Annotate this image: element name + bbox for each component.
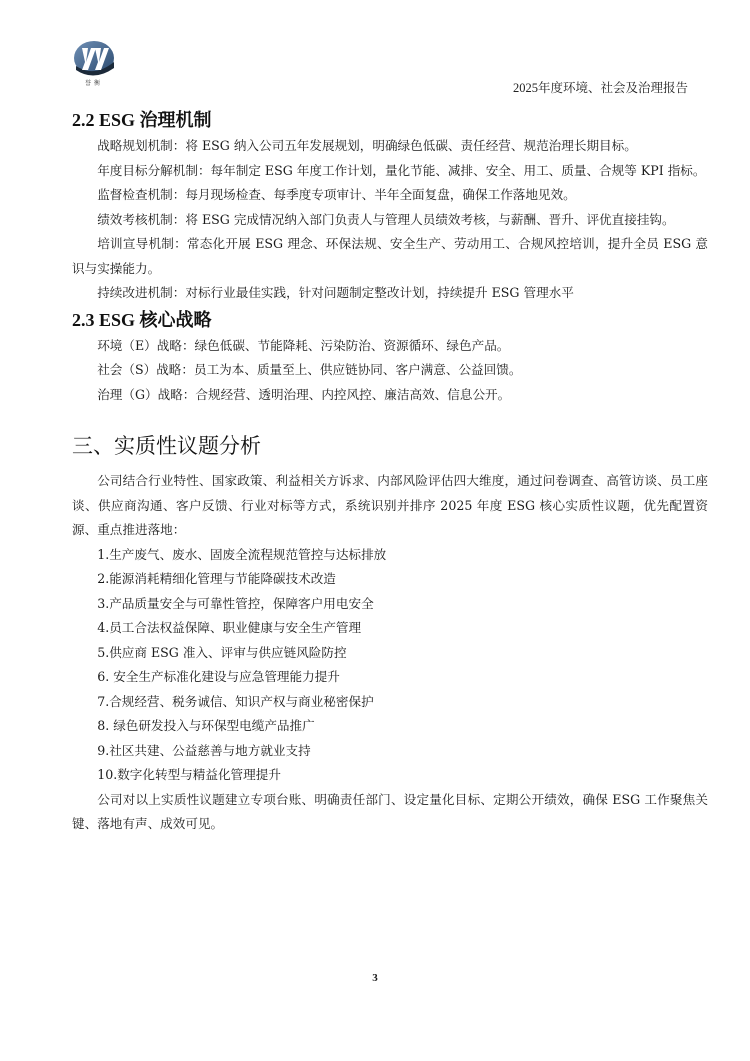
section-heading-governance-mechanism: 2.2 ESG 治理机制 <box>72 106 708 134</box>
topic-item: 8. 绿色研发投入与环保型电缆产品推广 <box>72 714 708 739</box>
topic-item: 5.供应商 ESG 准入、评审与供应链风险防控 <box>72 641 708 666</box>
topic-item: 9.社区共建、公益慈善与地方就业支持 <box>72 739 708 764</box>
section-heading-core-strategy: 2.3 ESG 核心战略 <box>72 306 708 334</box>
chapter-heading-materiality: 三、实质性议题分析 <box>72 429 708 463</box>
topic-item: 10.数字化转型与精益化管理提升 <box>72 763 708 788</box>
paragraph: 监督检查机制：每月现场检查、每季度专项审计、半年全面复盘，确保工作落地见效。 <box>72 183 708 208</box>
topic-item: 3.产品质量安全与可靠性管控，保障客户用电安全 <box>72 592 708 617</box>
paragraph: 绩效考核机制：将 ESG 完成情况纳入部门负责人与管理人员绩效考核，与薪酬、晋升… <box>72 208 708 233</box>
logo-emblem-icon <box>72 38 116 78</box>
materiality-intro: 公司结合行业特性、国家政策、利益相关方诉求、内部风险评估四大维度，通过问卷调查、… <box>72 469 708 543</box>
page-content: 2.2 ESG 治理机制 战略规划机制：将 ESG 纳入公司五年发展规划，明确绿… <box>72 106 708 837</box>
topic-item: 2.能源消耗精细化管理与节能降碳技术改造 <box>72 567 708 592</box>
strategy-item: 环境（E）战略：绿色低碳、节能降耗、污染防治、资源循环、绿色产品。 <box>72 334 708 359</box>
paragraph: 培训宣导机制：常态化开展 ESG 理念、环保法规、安全生产、劳动用工、合规风控培… <box>72 232 708 281</box>
company-logo: 誉衡 <box>72 38 116 90</box>
paragraph: 持续改进机制：对标行业最佳实践，针对问题制定整改计划，持续提升 ESG 管理水平 <box>72 281 708 306</box>
logo-caption: 誉衡 <box>72 78 116 87</box>
strategy-item: 社会（S）战略：员工为本、质量至上、供应链协同、客户满意、公益回馈。 <box>72 358 708 383</box>
topic-item: 6. 安全生产标准化建设与应急管理能力提升 <box>72 665 708 690</box>
topic-item: 7.合规经营、税务诚信、知识产权与商业秘密保护 <box>72 690 708 715</box>
strategy-item: 治理（G）战略：合规经营、透明治理、内控风控、廉洁高效、信息公开。 <box>72 383 708 408</box>
paragraph: 年度目标分解机制：每年制定 ESG 年度工作计划，量化节能、减排、安全、用工、质… <box>72 159 708 184</box>
page-number: 3 <box>0 972 750 984</box>
topic-item: 4.员工合法权益保障、职业健康与安全生产管理 <box>72 616 708 641</box>
topic-item: 1.生产废气、废水、固废全流程规范管控与达标排放 <box>72 543 708 568</box>
report-header-title: 2025年度环境、社会及治理报告 <box>513 78 688 96</box>
materiality-closing: 公司对以上实质性议题建立专项台账、明确责任部门、设定量化目标、定期公开绩效，确保… <box>72 788 708 837</box>
paragraph: 战略规划机制：将 ESG 纳入公司五年发展规划，明确绿色低碳、责任经营、规范治理… <box>72 134 708 159</box>
